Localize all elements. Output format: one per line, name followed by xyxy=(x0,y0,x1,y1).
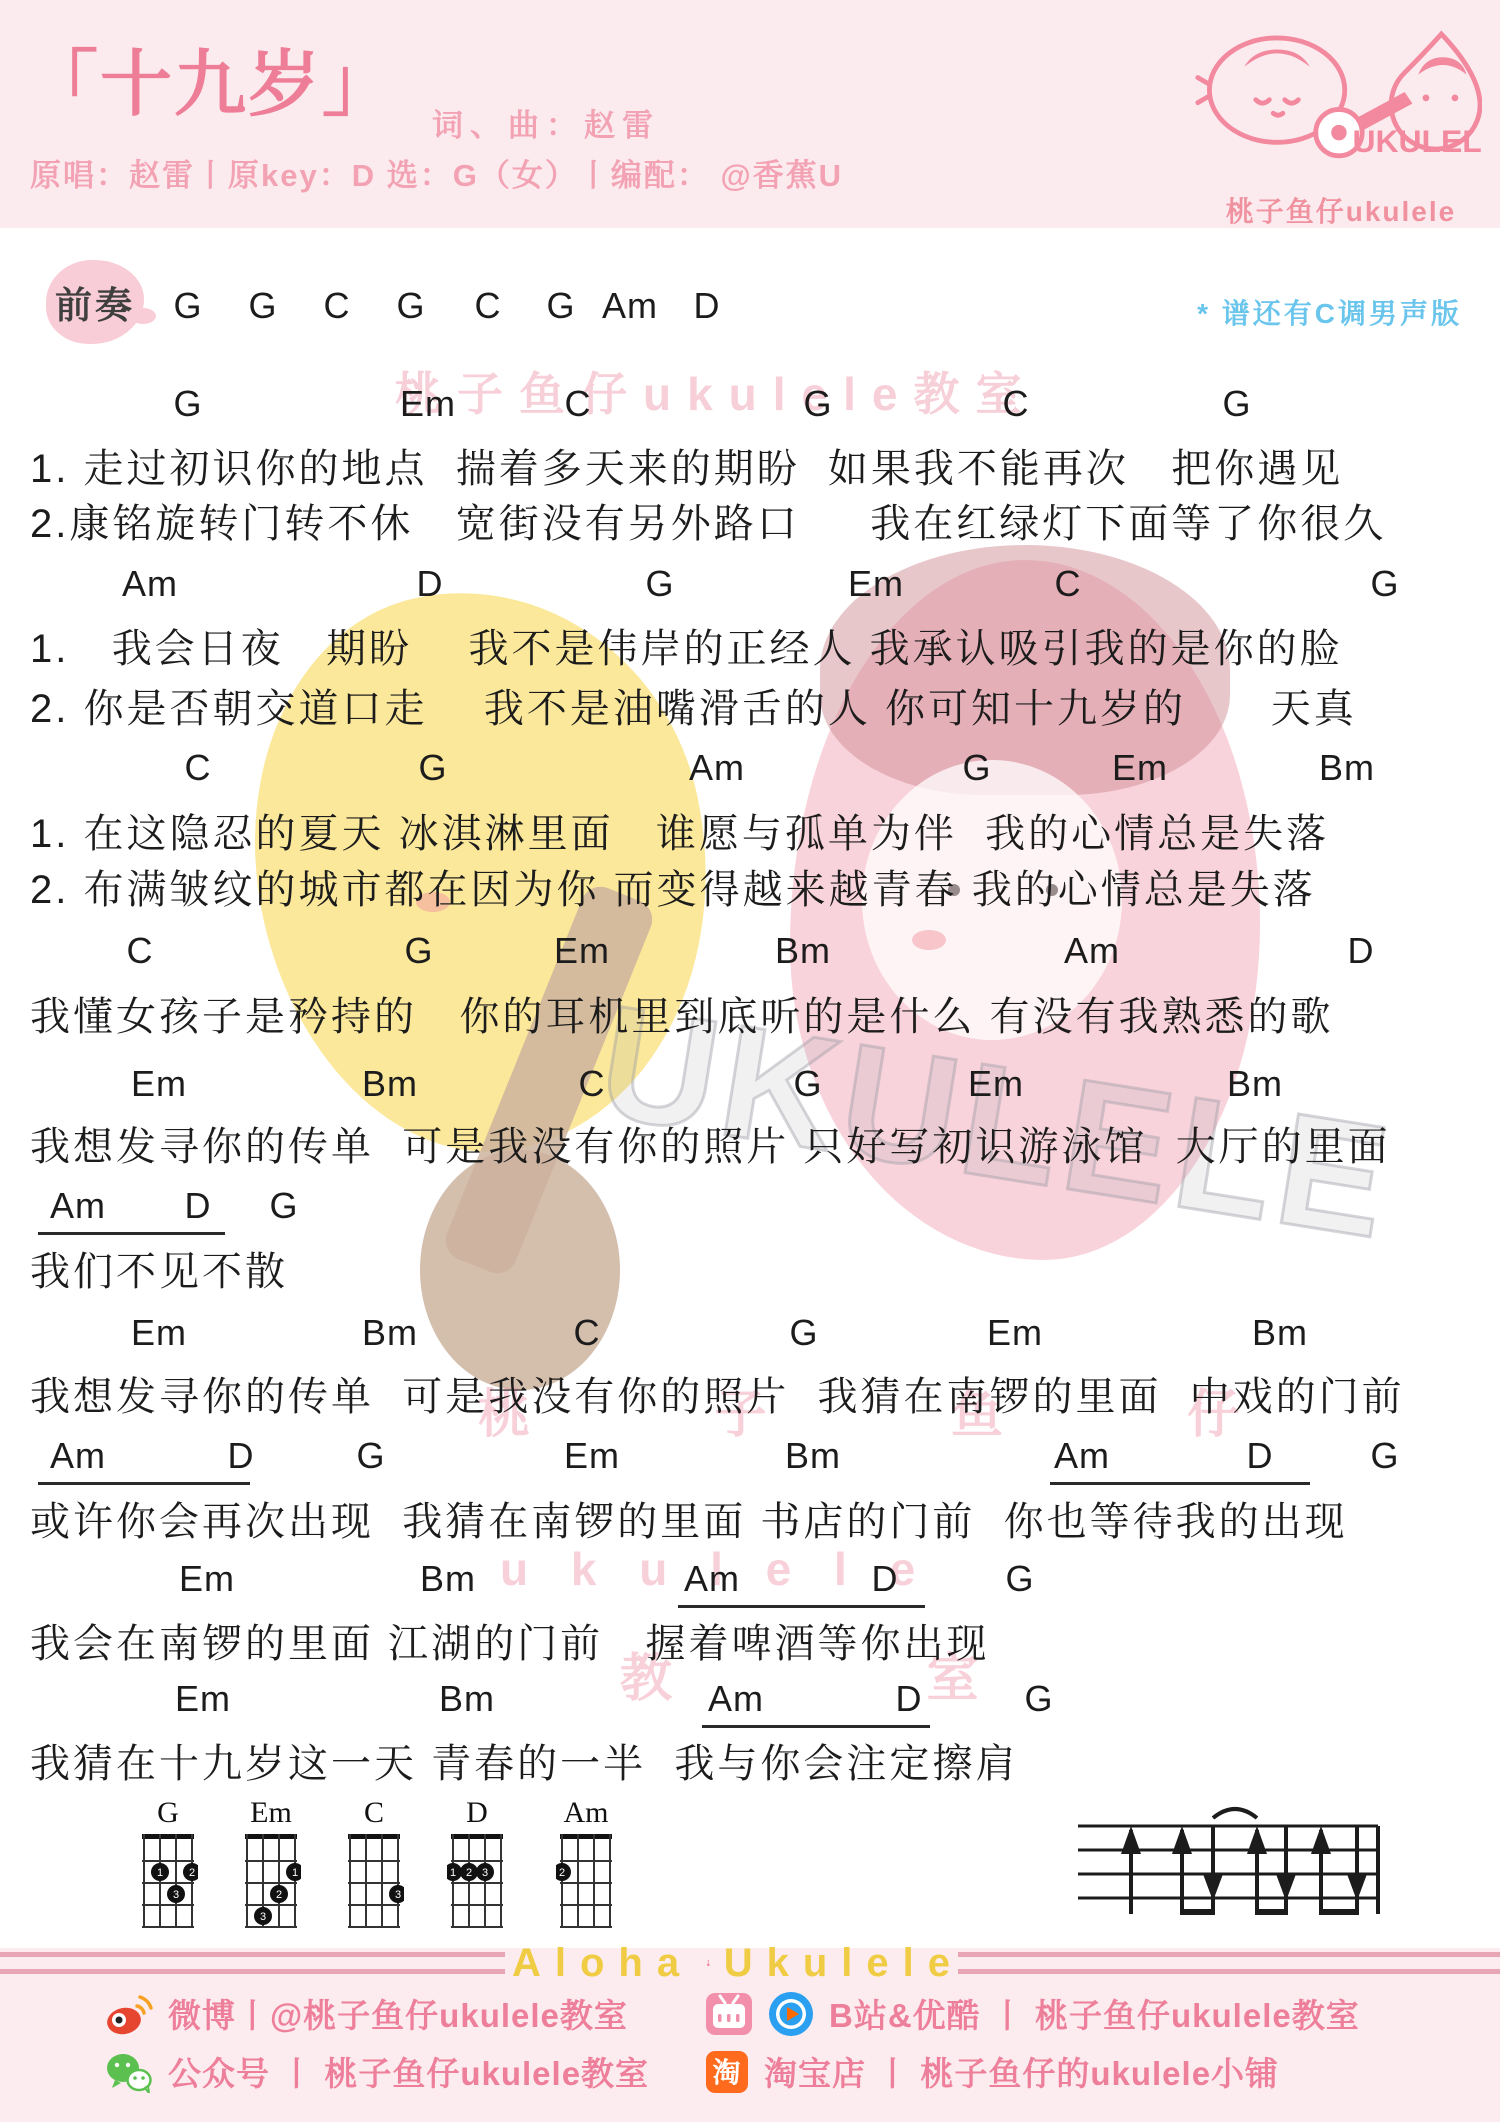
chord-label: Am xyxy=(1064,930,1120,972)
chord-label: C xyxy=(185,747,212,789)
fretboard-grid: 3 xyxy=(344,1830,404,1932)
chord-label: G xyxy=(789,1312,818,1354)
chord-label: G xyxy=(396,285,425,327)
lyric-line: 1. 走过初识你的地点 揣着多天来的期盼 如果我不能再次 把你遇见 xyxy=(30,437,1343,494)
chord-label: G xyxy=(1005,1558,1034,1600)
chord-underline xyxy=(1050,1482,1310,1485)
chord-diagram-G: G123 xyxy=(132,1796,204,1937)
footer-item: 公众号 丨 桃子鱼仔ukulele教室 xyxy=(105,2048,649,2095)
chord-label: G xyxy=(1370,1435,1399,1477)
svg-text:2: 2 xyxy=(466,1867,472,1879)
chord-label: G xyxy=(418,747,447,789)
svg-text:2: 2 xyxy=(559,1867,565,1879)
svg-text:2: 2 xyxy=(189,1867,195,1879)
footer-item-label: 淘宝店 丨 桃子鱼仔的ukulele小铺 xyxy=(764,2048,1279,2095)
chord-diagram-Am: Am2 xyxy=(550,1796,622,1937)
svg-text:1: 1 xyxy=(450,1867,456,1879)
lyric-line: 2.康铭旋转门转不休 宽街没有另外路口 我在红绿灯下面等了你很久 xyxy=(30,492,1386,549)
chord-diagram-label: G xyxy=(132,1796,204,1830)
chord-diagram-label: Em xyxy=(235,1796,307,1830)
chord-label: Bm xyxy=(775,930,831,972)
divider-line-right xyxy=(958,1952,1500,1974)
chord-label: Bm xyxy=(362,1063,418,1105)
svg-text:3: 3 xyxy=(395,1889,401,1901)
lyric-line: 2. 布满皱纹的城市都在因为你 而变得越来越青春 我的心情总是失落 xyxy=(30,858,1316,915)
chord-label: Em xyxy=(179,1558,235,1600)
lyric-line: 我会在南锣的里面 江湖的门前 握着啤酒等你出现 xyxy=(30,1612,989,1669)
chord-label: Em xyxy=(848,563,904,605)
chord-label: C xyxy=(475,285,502,327)
chord-label: Bm xyxy=(785,1435,841,1477)
chord-label: D xyxy=(1247,1435,1274,1477)
chord-label: Am xyxy=(708,1678,764,1720)
chord-label: Am xyxy=(602,285,658,327)
chord-label: Am xyxy=(684,1558,740,1600)
chord-underline xyxy=(678,1605,925,1608)
chord-label: Em xyxy=(400,383,456,425)
chord-label: Bm xyxy=(1227,1063,1283,1105)
mascot-blush xyxy=(912,930,946,950)
lyric-line: 我想发寻你的传单 可是我没有你的照片 只好写初识游泳馆 大厅的里面 xyxy=(30,1115,1391,1172)
taobao-icon: 淘 xyxy=(705,2050,749,2094)
fretboard-grid: 123 xyxy=(138,1830,198,1932)
chord-label: G xyxy=(269,1185,298,1227)
logo-brand-text: UKULELE xyxy=(1352,123,1482,159)
footer-item: 淘淘宝店 丨 桃子鱼仔的ukulele小铺 xyxy=(705,2048,1279,2095)
chord-diagram-label: C xyxy=(338,1796,410,1830)
fretboard-grid: 123 xyxy=(241,1830,301,1932)
chord-label: G xyxy=(803,383,832,425)
lyric-line: 我猜在十九岁这一天 青春的一半 我与你会注定擦肩 xyxy=(30,1732,1018,1789)
chord-label: G xyxy=(645,563,674,605)
chord-label: G xyxy=(173,285,202,327)
chord-label: C xyxy=(579,1063,606,1105)
chord-label: Bm xyxy=(420,1558,476,1600)
chord-label: C xyxy=(565,383,592,425)
bilibili-icon xyxy=(705,1992,753,2036)
chord-label: D xyxy=(694,285,721,327)
wechat-icon xyxy=(105,2051,153,2093)
chord-label: G xyxy=(1222,383,1251,425)
key-version-note: * 谱还有C调男声版 xyxy=(1197,292,1462,332)
ukulele-neck-watermark xyxy=(440,881,658,1280)
chord-label: Bm xyxy=(1252,1312,1308,1354)
footer-item-label: B站&优酷 丨 桃子鱼仔ukulele教室 xyxy=(829,1990,1360,2037)
chord-label: Bm xyxy=(1319,747,1375,789)
mascots-icon: UKULELE xyxy=(1192,18,1482,168)
chord-label: Am xyxy=(689,747,745,789)
song-credits: 词、曲：赵雷 xyxy=(432,100,660,145)
chord-diagram-label: D xyxy=(441,1796,513,1830)
chord-label: G xyxy=(1370,563,1399,605)
svg-text:1: 1 xyxy=(157,1867,163,1879)
chord-label: C xyxy=(1003,383,1030,425)
ukulele-text: Ukulele xyxy=(724,1941,964,1986)
chord-label: G xyxy=(793,1063,822,1105)
svg-text:1: 1 xyxy=(292,1867,298,1879)
footer-item-label: 微博丨@桃子鱼仔ukulele教室 xyxy=(168,1990,628,2037)
chord-label: D xyxy=(896,1678,923,1720)
chord-label: G xyxy=(356,1435,385,1477)
lyric-line: 我懂女孩子是矜持的 你的耳机里到底听的是什么 有没有我熟悉的歌 xyxy=(30,985,1333,1042)
strumming-pattern xyxy=(1072,1804,1384,1929)
chord-label: G xyxy=(173,383,202,425)
chord-label: G xyxy=(546,285,575,327)
chord-label: Em xyxy=(131,1063,187,1105)
chord-diagram-C: C3 xyxy=(338,1796,410,1937)
chord-label: C xyxy=(574,1312,601,1354)
chord-label: Am xyxy=(50,1435,106,1477)
chord-label: C xyxy=(127,930,154,972)
chord-diagram-Em: Em123 xyxy=(235,1796,307,1937)
chord-underline xyxy=(702,1725,930,1728)
chord-label: Em xyxy=(554,930,610,972)
footer-item: 微博丨@桃子鱼仔ukulele教室 xyxy=(105,1990,628,2037)
chord-label: Em xyxy=(131,1312,187,1354)
aloha-divider: Aloha Ukulele xyxy=(512,1934,964,1992)
chord-label: Bm xyxy=(362,1312,418,1354)
svg-text:3: 3 xyxy=(260,1911,266,1923)
svg-text:2: 2 xyxy=(276,1889,282,1901)
lyric-line: 或许你会再次出现 我猜在南锣的里面 书店的门前 你也等待我的出现 xyxy=(30,1490,1348,1547)
svg-text:3: 3 xyxy=(482,1867,488,1879)
lyric-line: 1. 我会日夜 期盼 我不是伟岸的正经人 我承认吸引我的是你的脸 xyxy=(30,617,1343,674)
youku-icon xyxy=(768,1991,814,2037)
footer-item: B站&优酷 丨 桃子鱼仔ukulele教室 xyxy=(705,1990,1360,2037)
chord-label: Em xyxy=(987,1312,1043,1354)
fretboard-grid: 2 xyxy=(556,1830,616,1932)
chord-label: D xyxy=(1348,930,1375,972)
pink-watermark-row: 桃子鱼仔ukulele教室 xyxy=(395,358,1038,424)
divider-line-left xyxy=(0,1952,505,1974)
weibo-icon xyxy=(105,1992,153,2036)
brand-logo: UKULELE xyxy=(1192,18,1482,168)
chord-label: C xyxy=(324,285,351,327)
chord-label: G xyxy=(962,747,991,789)
lyric-line: 1. 在这隐忍的夏天 冰淇淋里面 谁愿与孤单为伴 我的心情总是失落 xyxy=(30,802,1329,859)
logo-caption: 桃子鱼仔ukulele xyxy=(1200,190,1482,230)
song-meta: 原唱：赵雷丨原key：D 选：G（女）丨编配： @香蕉U xyxy=(30,150,843,195)
fretboard-grid: 123 xyxy=(447,1830,507,1932)
chord-label: Em xyxy=(564,1435,620,1477)
ukulele-body-watermark xyxy=(420,1150,620,1390)
lyric-line: 我想发寻你的传单 可是我没有你的照片 我猜在南锣的里面 中戏的门前 xyxy=(30,1365,1405,1422)
chord-label: D xyxy=(185,1185,212,1227)
lyric-line: 2. 你是否朝交道口走 我不是油嘴滑舌的人 你可知十九岁的 天真 xyxy=(30,677,1357,734)
chord-diagram-D: D123 xyxy=(441,1796,513,1937)
chord-label: D xyxy=(417,563,444,605)
aloha-text: Aloha xyxy=(512,1941,693,1986)
chord-label: Am xyxy=(50,1185,106,1227)
lyric-line: 我们不见不散 xyxy=(30,1240,288,1297)
chord-label: G xyxy=(248,285,277,327)
svg-text:3: 3 xyxy=(173,1889,179,1901)
chord-label: Am xyxy=(1054,1435,1110,1477)
svg-text:淘: 淘 xyxy=(712,2057,741,2088)
chord-label: D xyxy=(872,1558,899,1600)
chord-label: C xyxy=(1055,563,1082,605)
chord-sheet-page: 「十九岁」 词、曲：赵雷 原唱：赵雷丨原key：D 选：G（女）丨编配： @香蕉… xyxy=(0,0,1500,2122)
chord-underline xyxy=(38,1482,250,1485)
chord-underline xyxy=(38,1232,225,1235)
footer-item-label: 公众号 丨 桃子鱼仔ukulele教室 xyxy=(168,2048,649,2095)
chord-label: Bm xyxy=(439,1678,495,1720)
chord-label: Am xyxy=(122,563,178,605)
chord-diagram-label: Am xyxy=(550,1796,622,1830)
page-title: 「十九岁」 xyxy=(26,26,396,130)
chord-label: G xyxy=(404,930,433,972)
ukulele-icon xyxy=(707,1934,710,1992)
chord-label: Em xyxy=(175,1678,231,1720)
chord-label: Em xyxy=(1112,747,1168,789)
chord-label: G xyxy=(1024,1678,1053,1720)
chord-label: D xyxy=(228,1435,255,1477)
intro-badge: 前奏 xyxy=(46,260,144,344)
chord-label: Em xyxy=(968,1063,1024,1105)
